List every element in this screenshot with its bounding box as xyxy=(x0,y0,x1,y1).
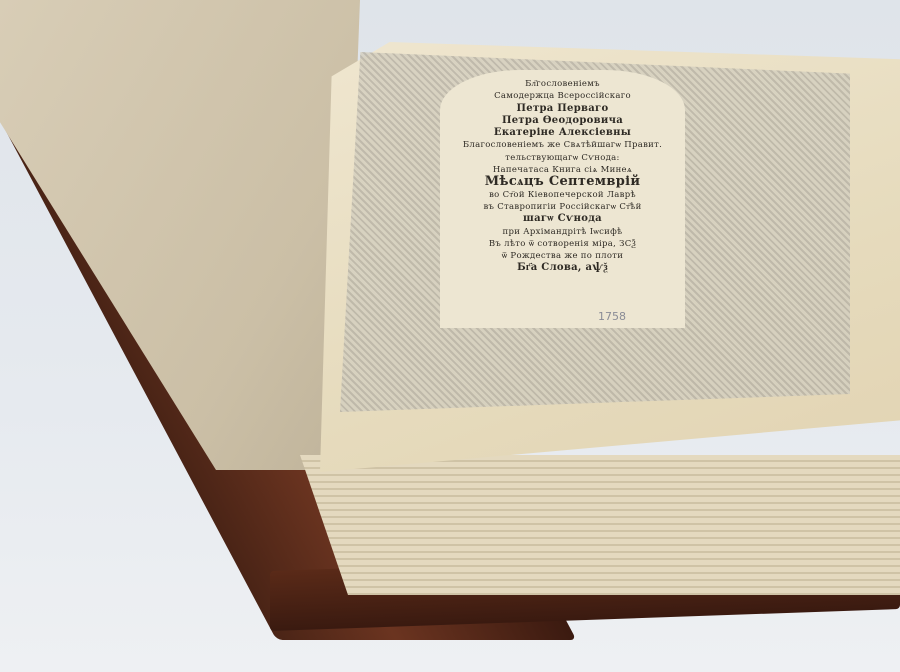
title-line: Екатеріне Алексіевны xyxy=(450,127,675,139)
title-line: во Ст҃ой Кіевопечерской Лаврѣ xyxy=(450,189,675,201)
title-line: при Архімандрітѣ Іѡсифѣ xyxy=(450,226,675,238)
title-line: Самодержца Всероссійскаго xyxy=(450,90,675,102)
title-line: ѿ Рождества же по плоти xyxy=(450,250,675,262)
title-line: Петра Перваго xyxy=(450,103,675,115)
title-line: Бл҃гословеніемъ xyxy=(450,78,675,90)
title-line: Бг҃а Слова, аѱѯ xyxy=(450,262,675,274)
title-line: Въ лѣто ѿ сотворенія міра, ЗСѮ xyxy=(450,238,675,250)
title-text-block: Бл҃гословеніемъ Самодержца Всероссійскаг… xyxy=(440,70,685,328)
title-line: Петра Ѳеодоровича xyxy=(450,115,675,127)
title-line: Благословеніемъ же Свѧтѣйшагѡ Правит. xyxy=(450,139,675,151)
photo-scene: Бл҃гословеніемъ Самодержца Всероссійскаг… xyxy=(0,0,900,672)
title-line: въ Ставропигіи Россійскагѡ Ст҃ѣй xyxy=(450,201,675,213)
left-blank-page xyxy=(0,0,360,470)
title-line: шагѡ Сѵнода xyxy=(450,213,675,225)
page-edges xyxy=(300,455,900,595)
title-line: тельствующагѡ Сѵнода: xyxy=(450,152,675,164)
main-title: Мѣсѧцъ Септемврій xyxy=(450,176,675,188)
handwritten-annotation: 1758 xyxy=(598,310,626,323)
